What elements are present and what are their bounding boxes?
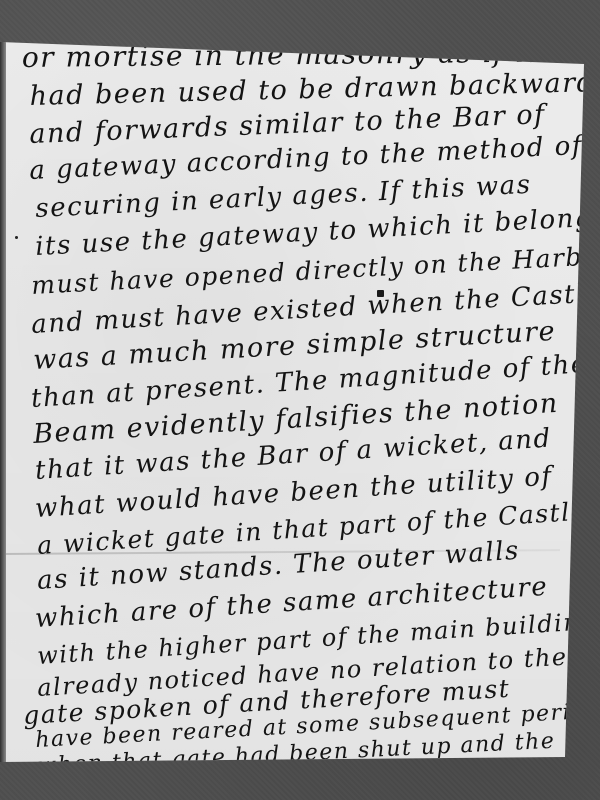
binding-edge	[0, 42, 6, 762]
letter-page: or mortise in the masonry as if it had b…	[0, 0, 600, 800]
handwritten-text-block: or mortise in the masonry as if it had b…	[0, 0, 600, 800]
